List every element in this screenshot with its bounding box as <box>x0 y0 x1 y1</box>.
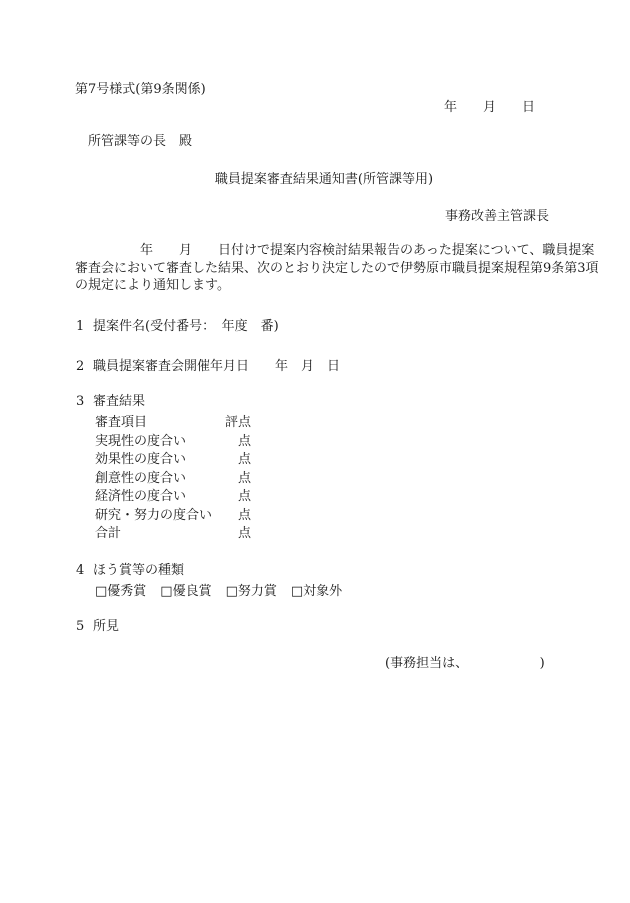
score-row-value: 点 <box>225 525 251 544</box>
score-row-value: 点 <box>225 470 251 489</box>
item-4-number: 4 <box>76 564 93 577</box>
item-4-award-type: 4ほう賞等の種類 <box>76 564 184 577</box>
score-row-value: 点 <box>225 433 251 452</box>
item-2-review-meeting-date: 2職員提案審査会開催年月日 年 月 日 <box>76 360 340 373</box>
admin-note: (事務担当は、 ) <box>385 657 545 670</box>
score-row-total: 合計点 <box>95 525 251 544</box>
award-options: □優秀賞 □優良賞 □努力賞 □対象外 <box>95 585 342 598</box>
paragraph-line-3: の規定により通知します。 <box>75 277 599 295</box>
score-row-value: 点 <box>225 507 251 526</box>
score-row-economy: 経済性の度合い点 <box>95 488 251 507</box>
item-2-number: 2 <box>76 360 93 373</box>
score-row-value: 点 <box>225 451 251 470</box>
item-3-label: 審査結果 <box>93 395 145 408</box>
score-row-research-effort: 研究・努力の度合い点 <box>95 507 251 526</box>
score-table: 審査項目評点 実現性の度合い点 効果性の度合い点 創意性の度合い点 経済性の度合… <box>95 414 251 544</box>
paragraph-line-1: 年 月 日付けで提案内容検討結果報告のあった提案について、職員提案 <box>75 242 599 260</box>
score-header-label: 審査項目 <box>95 414 225 433</box>
item-4-label: ほう賞等の種類 <box>93 564 184 577</box>
award-checkbox-not-applicable: □対象外 <box>291 585 342 598</box>
item-5-label: 所見 <box>93 620 119 633</box>
item-2-label: 職員提案審査会開催年月日 年 月 日 <box>93 360 340 373</box>
award-checkbox-excellence: □優秀賞 <box>95 585 146 598</box>
recipient-line: 所管課等の長 殿 <box>88 135 192 148</box>
score-row-label: 効果性の度合い <box>95 451 225 470</box>
score-row-originality: 創意性の度合い点 <box>95 470 251 489</box>
document-title: 職員提案審査結果通知書(所管課等用) <box>75 173 573 186</box>
body-paragraph: 年 月 日付けで提案内容検討結果報告のあった提案について、職員提案 審査会におい… <box>75 242 599 295</box>
score-row-label: 実現性の度合い <box>95 433 225 452</box>
item-3-review-result: 3審査結果 <box>76 395 145 408</box>
award-checkbox-good: □優良賞 <box>160 585 211 598</box>
date-line: 年 月 日 <box>444 101 535 114</box>
score-row-feasibility: 実現性の度合い点 <box>95 433 251 452</box>
form-number: 第7号様式(第9条関係) <box>75 83 206 96</box>
sender-title: 事務改善主管課長 <box>445 210 549 223</box>
item-5-number: 5 <box>76 620 93 633</box>
score-row-value: 点 <box>225 488 251 507</box>
score-row-label: 創意性の度合い <box>95 470 225 489</box>
item-5-remarks: 5所見 <box>76 620 119 633</box>
item-3-number: 3 <box>76 395 93 408</box>
award-checkbox-effort: □努力賞 <box>226 585 277 598</box>
document-page: 第7号様式(第9条関係) 年 月 日 所管課等の長 殿 職員提案審査結果通知書(… <box>0 0 630 903</box>
item-1-proposal-name: 1提案件名(受付番号： 年度 番) <box>76 320 279 333</box>
paragraph-line-2: 審査会において審査した結果、次のとおり決定したので伊勢原市職員提案規程第9条第3… <box>75 260 599 278</box>
score-row-effectiveness: 効果性の度合い点 <box>95 451 251 470</box>
score-row-label: 経済性の度合い <box>95 488 225 507</box>
score-row-label: 研究・努力の度合い <box>95 507 225 526</box>
score-row-label: 合計 <box>95 525 225 544</box>
item-1-label: 提案件名(受付番号： 年度 番) <box>93 320 279 333</box>
item-1-number: 1 <box>76 320 93 333</box>
score-table-header: 審査項目評点 <box>95 414 251 433</box>
score-header-value: 評点 <box>225 414 251 433</box>
